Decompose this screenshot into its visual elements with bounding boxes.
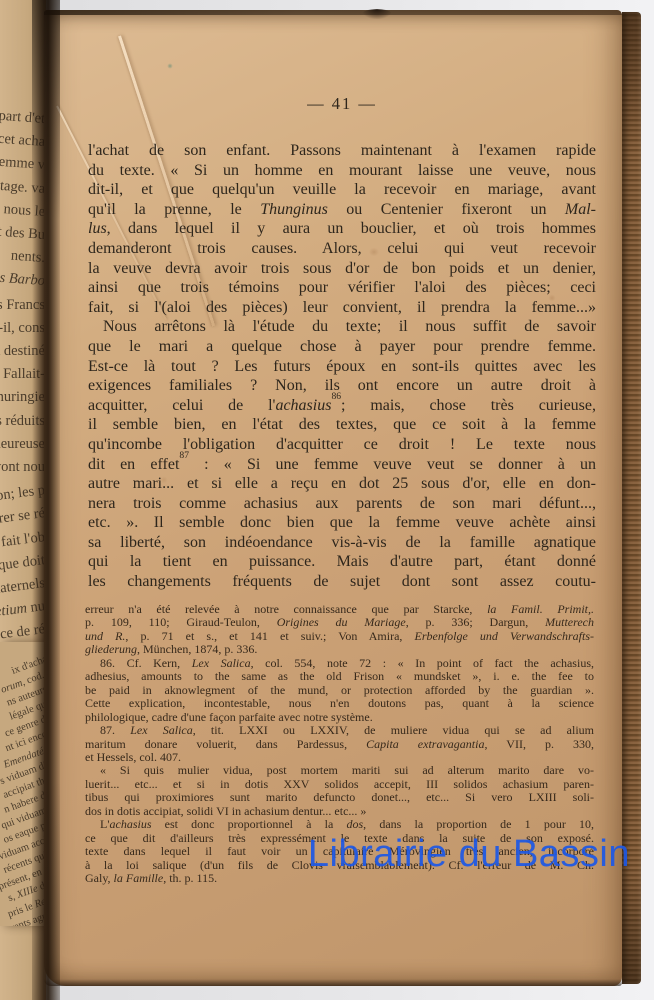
fragment-line: nes. Fallait-	[0, 363, 45, 386]
previous-page-text-upper: lupart d'etit; cet achala femme vvantage…	[0, 108, 45, 648]
text-line: il semble bien, en l'état des textes, qu…	[88, 415, 596, 435]
fragment-line: ions réduits	[0, 410, 45, 433]
footnote-line: 87. Lex Salica, tit. LXXI ou LXXIV, de m…	[85, 724, 594, 737]
text-line: lus, dans lequel il y aura un bouclier, …	[88, 219, 596, 239]
text-line: acquitter, celui de l'achasius86; mais, …	[88, 396, 596, 416]
text-line: etc. ». Il semble donc bien que la femme…	[88, 513, 596, 533]
text-line: les changements fréquents de sujet dont …	[88, 572, 596, 592]
text-line: Nous arrêtons là l'étude du texte; il no…	[88, 317, 596, 337]
fragment-line: Leges Barbo	[0, 267, 45, 293]
fragment-line: là vont nou	[0, 456, 45, 479]
body-text: l'achat de son enfant. Passons maintenan…	[88, 141, 596, 592]
fragment-line: s, thuringie	[0, 386, 45, 409]
footnote-line: maritum donare voluerit, dans Pardessus,…	[85, 738, 594, 751]
footnote-line: gliederung, München, 1874, p. 336.	[85, 643, 594, 656]
footnote-line: et Hessels, col. 407.	[85, 751, 594, 764]
page-edge-notch	[362, 9, 392, 19]
text-line: demanderont trois causes. Alors, celui q…	[88, 239, 596, 259]
fragment-line: des Francs	[0, 294, 45, 317]
fragment-line: de-t-il, cons	[0, 317, 45, 340]
text-line: exigences familiales ? Non, ils ont enco…	[88, 376, 596, 396]
footnote-line: « Si quis mulier vidua, post mortem mari…	[85, 764, 594, 777]
footnote-line: erreur n'a été relevée à notre connaissa…	[85, 603, 594, 616]
book-photo: lupart d'etit; cet achala femme vvantage…	[0, 0, 654, 1000]
previous-page-edge: lupart d'etit; cet achala femme vvantage…	[0, 0, 46, 1000]
text-line: Est-ce là tout ? Les futurs époux en son…	[88, 357, 596, 377]
text-line: qu'il la prenne, le Thunginus ou Centeni…	[88, 200, 596, 220]
footnote-line: und R., p. 71 et s., et 141 et suiv.; Vo…	[85, 630, 594, 643]
footnote-line: tibus qui proximiores sunt marito defunc…	[85, 791, 594, 804]
text-line: nera trois comme achasius aux parents de…	[88, 494, 596, 514]
footnote-line: adhesius, amounts to the same as the old…	[85, 670, 594, 683]
text-line: du texte. « Si un homme en mourant laiss…	[88, 161, 596, 181]
fragment-line: st heureuse	[0, 433, 45, 456]
fragment-line: la femme v	[0, 151, 45, 177]
footnote-line: Cette explication, incontestable, nous n…	[85, 697, 594, 710]
text-line: la veuve devra avoir trois sous d'or de …	[88, 259, 596, 279]
footnote-line: luerit... etc... et si in dotis XXV soli…	[85, 778, 594, 791]
text-line: dit-il, et que quelqu'un veuille la rece…	[88, 180, 596, 200]
fragment-line: etait destiné	[0, 340, 45, 363]
footnote-line: philologique, cadre d'une façon parfaite…	[85, 711, 594, 724]
text-line: ainsi que trois témoins pour vérifier l'…	[88, 278, 596, 298]
footnote-line: 86. Cf. Kern, Lex Salica, col. 554, note…	[85, 657, 594, 670]
footnote-line: dos in dotis accipiat, solidi VI in acha…	[85, 805, 594, 818]
text-line: qu'incombe l'obligation d'acquitter ce d…	[88, 435, 596, 455]
footnote-line: p. 109, 110; Giraud-Teulon, Origines du …	[85, 616, 594, 629]
fragment-line: vantage. va	[0, 174, 45, 200]
footnote-line: L'achasius est donc proportionnel à la d…	[85, 818, 594, 831]
text-line: autre mari... et si elle a reçu en dot 2…	[88, 474, 596, 494]
footnote-line: be paid in aknowlegment of the mund, or …	[85, 684, 594, 697]
page-number: — 41 —	[88, 94, 596, 114]
text-line: fait, si l'(aloi des pièces) leur convie…	[88, 298, 596, 318]
text-line: l'achat de son enfant. Passons maintenan…	[88, 141, 596, 161]
watermark: Librairie du Bassin	[308, 833, 630, 876]
text-line: que le mari a quelque chose à payer pour…	[88, 337, 596, 357]
fragment-line: mme nous le	[0, 198, 45, 224]
text-line: qui la tient en puissance. Mais d'autre …	[88, 552, 596, 572]
text-line: dit en effet87 : « Si une femme veuve ve…	[88, 455, 596, 475]
text-line: sa liberté, son indéoendance vis-à-vis d…	[88, 533, 596, 553]
fragment-line: droit des Bu	[0, 221, 45, 247]
